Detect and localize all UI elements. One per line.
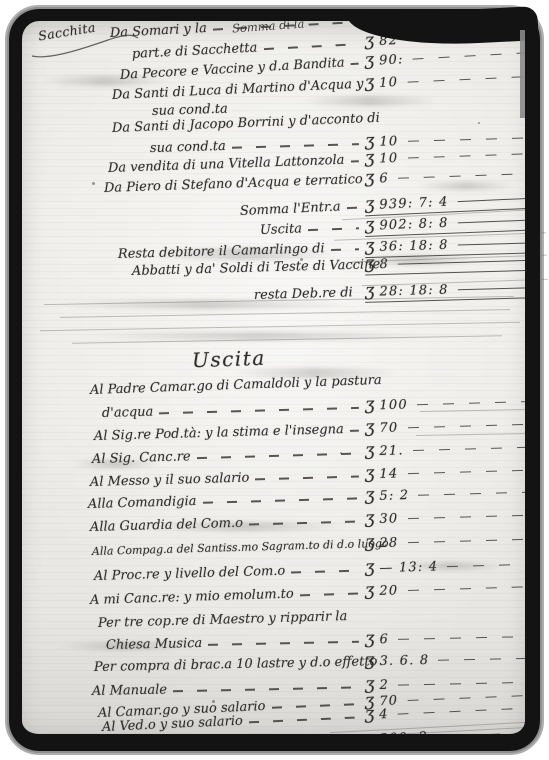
rule-tail [457,198,532,203]
rule-tail [407,153,532,159]
entry-text: Al Sig.re Pod.tà: y la stima e l'insegna [94,422,344,444]
lira-sign: ʒ [365,152,375,164]
entry-amount: ʒ30 [365,508,533,528]
dash-leader [271,703,358,708]
amount-value: 21. [379,443,404,459]
entry-amount: ʒ20 [365,579,533,599]
dash-leader [350,430,359,432]
dash-leader [255,476,359,480]
lira-sign: ʒ [365,584,375,596]
ink-spot [300,258,303,261]
rule-tail [398,707,533,715]
ink-bleedthrough [150,248,340,260]
entry-text: A mi Canc.re: y mio emolum.to [90,587,294,608]
ink-bleedthrough [58,642,188,650]
amount-value: 20 [379,583,398,599]
amount-value: 10 [379,151,398,167]
entry-text: Alla Comandigia [88,494,197,512]
rule-tail [407,424,532,429]
entry-amount: ʒ3. 6. 8 [365,651,533,670]
ink-bleedthrough [416,182,516,190]
amount-value: 10 [379,134,398,150]
dash-leader [232,143,359,148]
rule-tail [398,682,533,686]
lira-sign: ʒ [365,219,375,231]
entry-amount: ʒ10 [364,69,533,92]
amount-value: 30 [379,511,398,527]
amount-value: 5: 2 [379,488,409,504]
entry-text: Somma l'Entr.a [240,199,341,219]
entry-text: d'acqua [102,405,154,421]
dash-leader [263,43,358,49]
amount-value: 14 [379,466,398,482]
entry-text: Al Proc.re y livello del Com.o [94,564,286,584]
dash-leader [347,207,359,209]
dash-leader [197,453,359,459]
scan-streak [60,309,510,318]
rule-tail [437,732,533,738]
entry-amount: ʒ28 [365,532,533,552]
amount-value: 902: 8: 8 [379,216,449,234]
rule-tail [418,491,533,496]
dash-leader [331,249,359,251]
entry-amount: ʒ14 [365,463,533,483]
lira-sign: ʒ [365,421,375,433]
dash-leader [336,741,359,743]
dash-leader [350,161,358,163]
ink-bleedthrough [70,460,160,468]
lira-sign: ʒ [365,536,375,548]
lira-sign: ʒ [364,54,374,67]
ink-bleedthrough [230,368,400,378]
rule-tail [407,586,532,591]
dash-leader [249,717,359,723]
ink-bleedthrough [80,332,440,340]
lira-sign: ʒ [365,398,375,410]
lira-sign: ʒ [365,512,375,524]
rule-tail [417,401,533,406]
uscita-header: Uscita [192,346,266,373]
ink-bleedthrough [56,300,356,309]
page-edge-shadow [520,30,525,118]
entry-text: Uscita [260,221,303,238]
ledger-row: Alla Compag.a del Santiss.mo Sagram.to d… [92,532,533,562]
entry-text: Per tre cop.re di Maestro y ripparir la [98,609,348,631]
amount-value: 3. 6. 8 [379,653,429,669]
rule-tail [407,538,532,543]
entry-text: sua cond.ta [150,139,226,156]
margin-flourish-stroke [30,34,140,60]
lira-sign: ʒ [365,172,375,184]
lira-sign: ʒ [365,444,375,456]
ink-bleedthrough [396,562,506,570]
lira-sign: ʒ [364,708,374,720]
lira-sign: ʒ [365,678,375,690]
lira-sign: ʒ [365,135,375,147]
ink-spot [92,182,95,185]
amount-value: 10 [379,75,399,91]
amount-value: 6 [379,632,389,647]
ink-bleedthrough [300,96,440,106]
dash-leader [173,687,359,692]
rule-tail [413,446,533,451]
entry-amount: ʒ6 [365,629,533,648]
rule-tail [413,52,533,60]
rule-tail [438,658,533,661]
amount-value: 90: [379,52,404,68]
entry-text: part.e di Sacchetta [132,40,258,62]
rule-tail [398,173,533,179]
rule-tail [458,219,533,223]
rule-tail [458,287,533,290]
amount-value: 36: 18: 8 [379,238,449,255]
amount-value: 939: 7: 4 [379,195,449,213]
ink-bleedthrough [350,255,480,265]
dash-leader [213,21,359,30]
amount-value: 4 [379,707,389,722]
ink-bleedthrough [140,522,350,531]
lira-sign: ʒ [364,34,374,46]
lira-sign: ʒ [365,632,375,644]
ink-spot [340,452,342,454]
ink-spot [212,700,215,703]
amount-value: 2 [379,678,389,693]
photo-frame: Sacchita Somma di là Da Somari y laʒ731:… [0,0,549,760]
amount-value: 6 [379,171,389,186]
entry-text: Alla Compag.a del Santiss.mo Sagram.to d… [92,538,353,558]
ink-spot [478,122,480,124]
lira-sign: ʒ [365,285,375,297]
rule-tail [407,695,532,702]
entry-text: Al Messo y il suo salario [90,471,250,490]
lira-sign: ʒ [365,240,375,252]
amount-value: 70 [379,420,398,436]
lira-sign: ʒ [365,654,375,666]
rule-tail [458,242,533,245]
dash-leader [300,593,359,596]
scan-streak [40,322,520,332]
entry-text: Al Manuale [92,682,167,699]
dash-leader [308,227,359,230]
lira-sign: ʒ [364,76,374,88]
ledger-content: Sacchita Somma di là Da Somari y laʒ731:… [0,0,549,760]
entry-amount: ʒ21. [365,440,533,460]
dash-leader [351,63,359,65]
rule-tail [398,636,533,640]
amount-value: 28 [379,535,398,551]
entry-text: Da vendita di una Vitella Lattonzola [108,153,345,176]
dash-leader [159,407,359,414]
rule-tail [407,469,532,474]
lira-sign: ʒ [365,489,375,501]
rule-tail [407,514,532,519]
lira-sign: ʒ [365,561,375,573]
lira-sign: ʒ [365,467,375,479]
rule-tail [407,137,532,142]
lira-sign: ʒ [365,732,375,744]
amount-value: 100 [379,397,408,413]
lira-sign: ʒ [364,198,374,210]
rule-tail [407,76,532,83]
entry-amount: ʒ5: 2 [365,485,533,505]
dash-leader [208,641,359,646]
ink-bleedthrough [40,76,170,86]
dash-leader [291,570,359,573]
entry-text: Per compra di brac.a 10 lastre y d.o eff… [94,655,353,675]
dash-leader [202,498,358,504]
